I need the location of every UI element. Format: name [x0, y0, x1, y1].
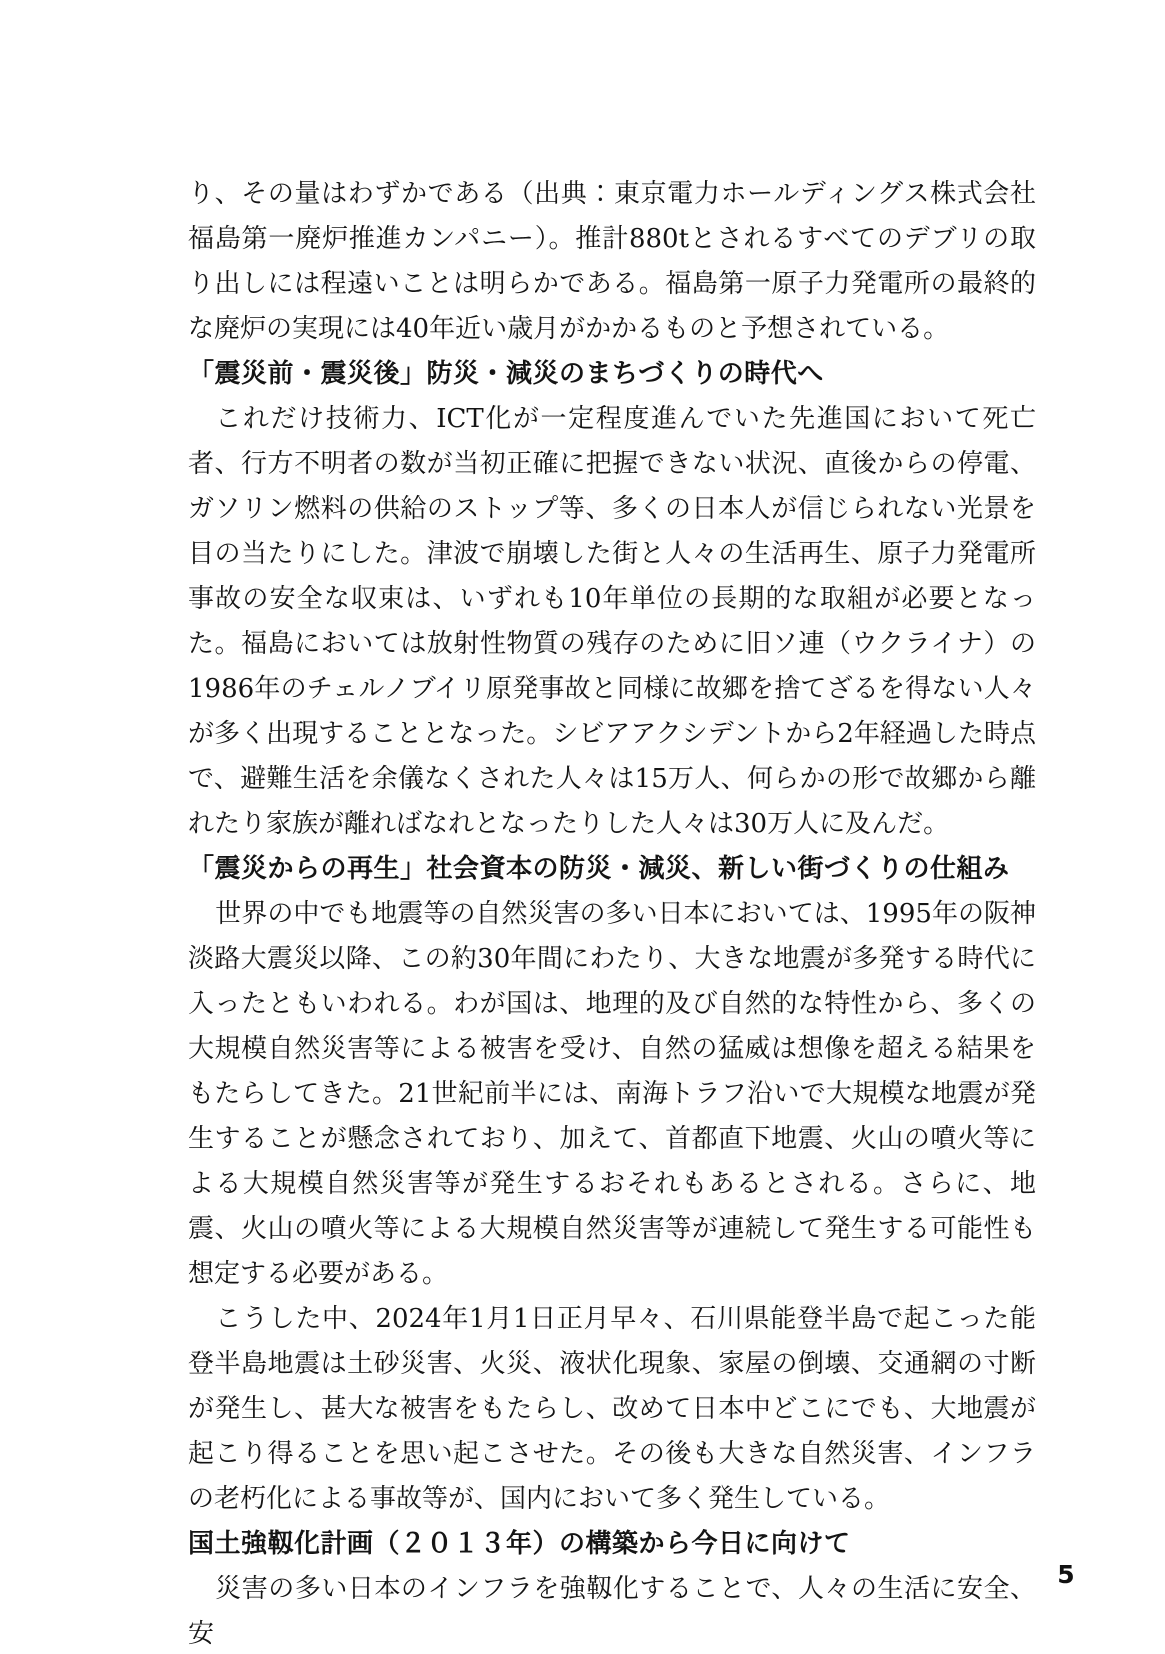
paragraph-disaster-history: 世界の中でも地震等の自然災害の多い日本においては、1995年の阪神淡路大震災以降…	[188, 892, 1036, 1297]
heading-pre-post-disaster-era: 「震災前・震災後」防災・減災のまちづくりの時代へ	[188, 352, 1036, 397]
heading-rebirth-from-disaster: 「震災からの再生」社会資本の防災・減災、新しい街づくりの仕組み	[188, 847, 1036, 892]
paragraph-ict-fukushima-evacuation: これだけ技術力、ICT化が一定程度進んでいた先進国において死亡者、行方不明者の数…	[188, 397, 1036, 847]
paragraph-infrastructure-resilience: 災害の多い日本のインフラを強靱化することで、人々の生活に安全、安	[188, 1567, 1036, 1654]
page-number: 5	[1044, 1558, 1088, 1592]
heading-national-resilience-plan: 国土強靱化計画（２０１３年）の構築から今日に向けて	[188, 1522, 1036, 1567]
paragraph-debris-removal: り、その量はわずかである（出典：東京電力ホールディングス株式会社福島第一廃炉推進…	[188, 172, 1036, 352]
page-text-block: り、その量はわずかである（出典：東京電力ホールディングス株式会社福島第一廃炉推進…	[188, 172, 1036, 1654]
paragraph-noto-earthquake: こうした中、2024年1月1日正月早々、石川県能登半島で起こった能登半島地震は土…	[188, 1297, 1036, 1522]
